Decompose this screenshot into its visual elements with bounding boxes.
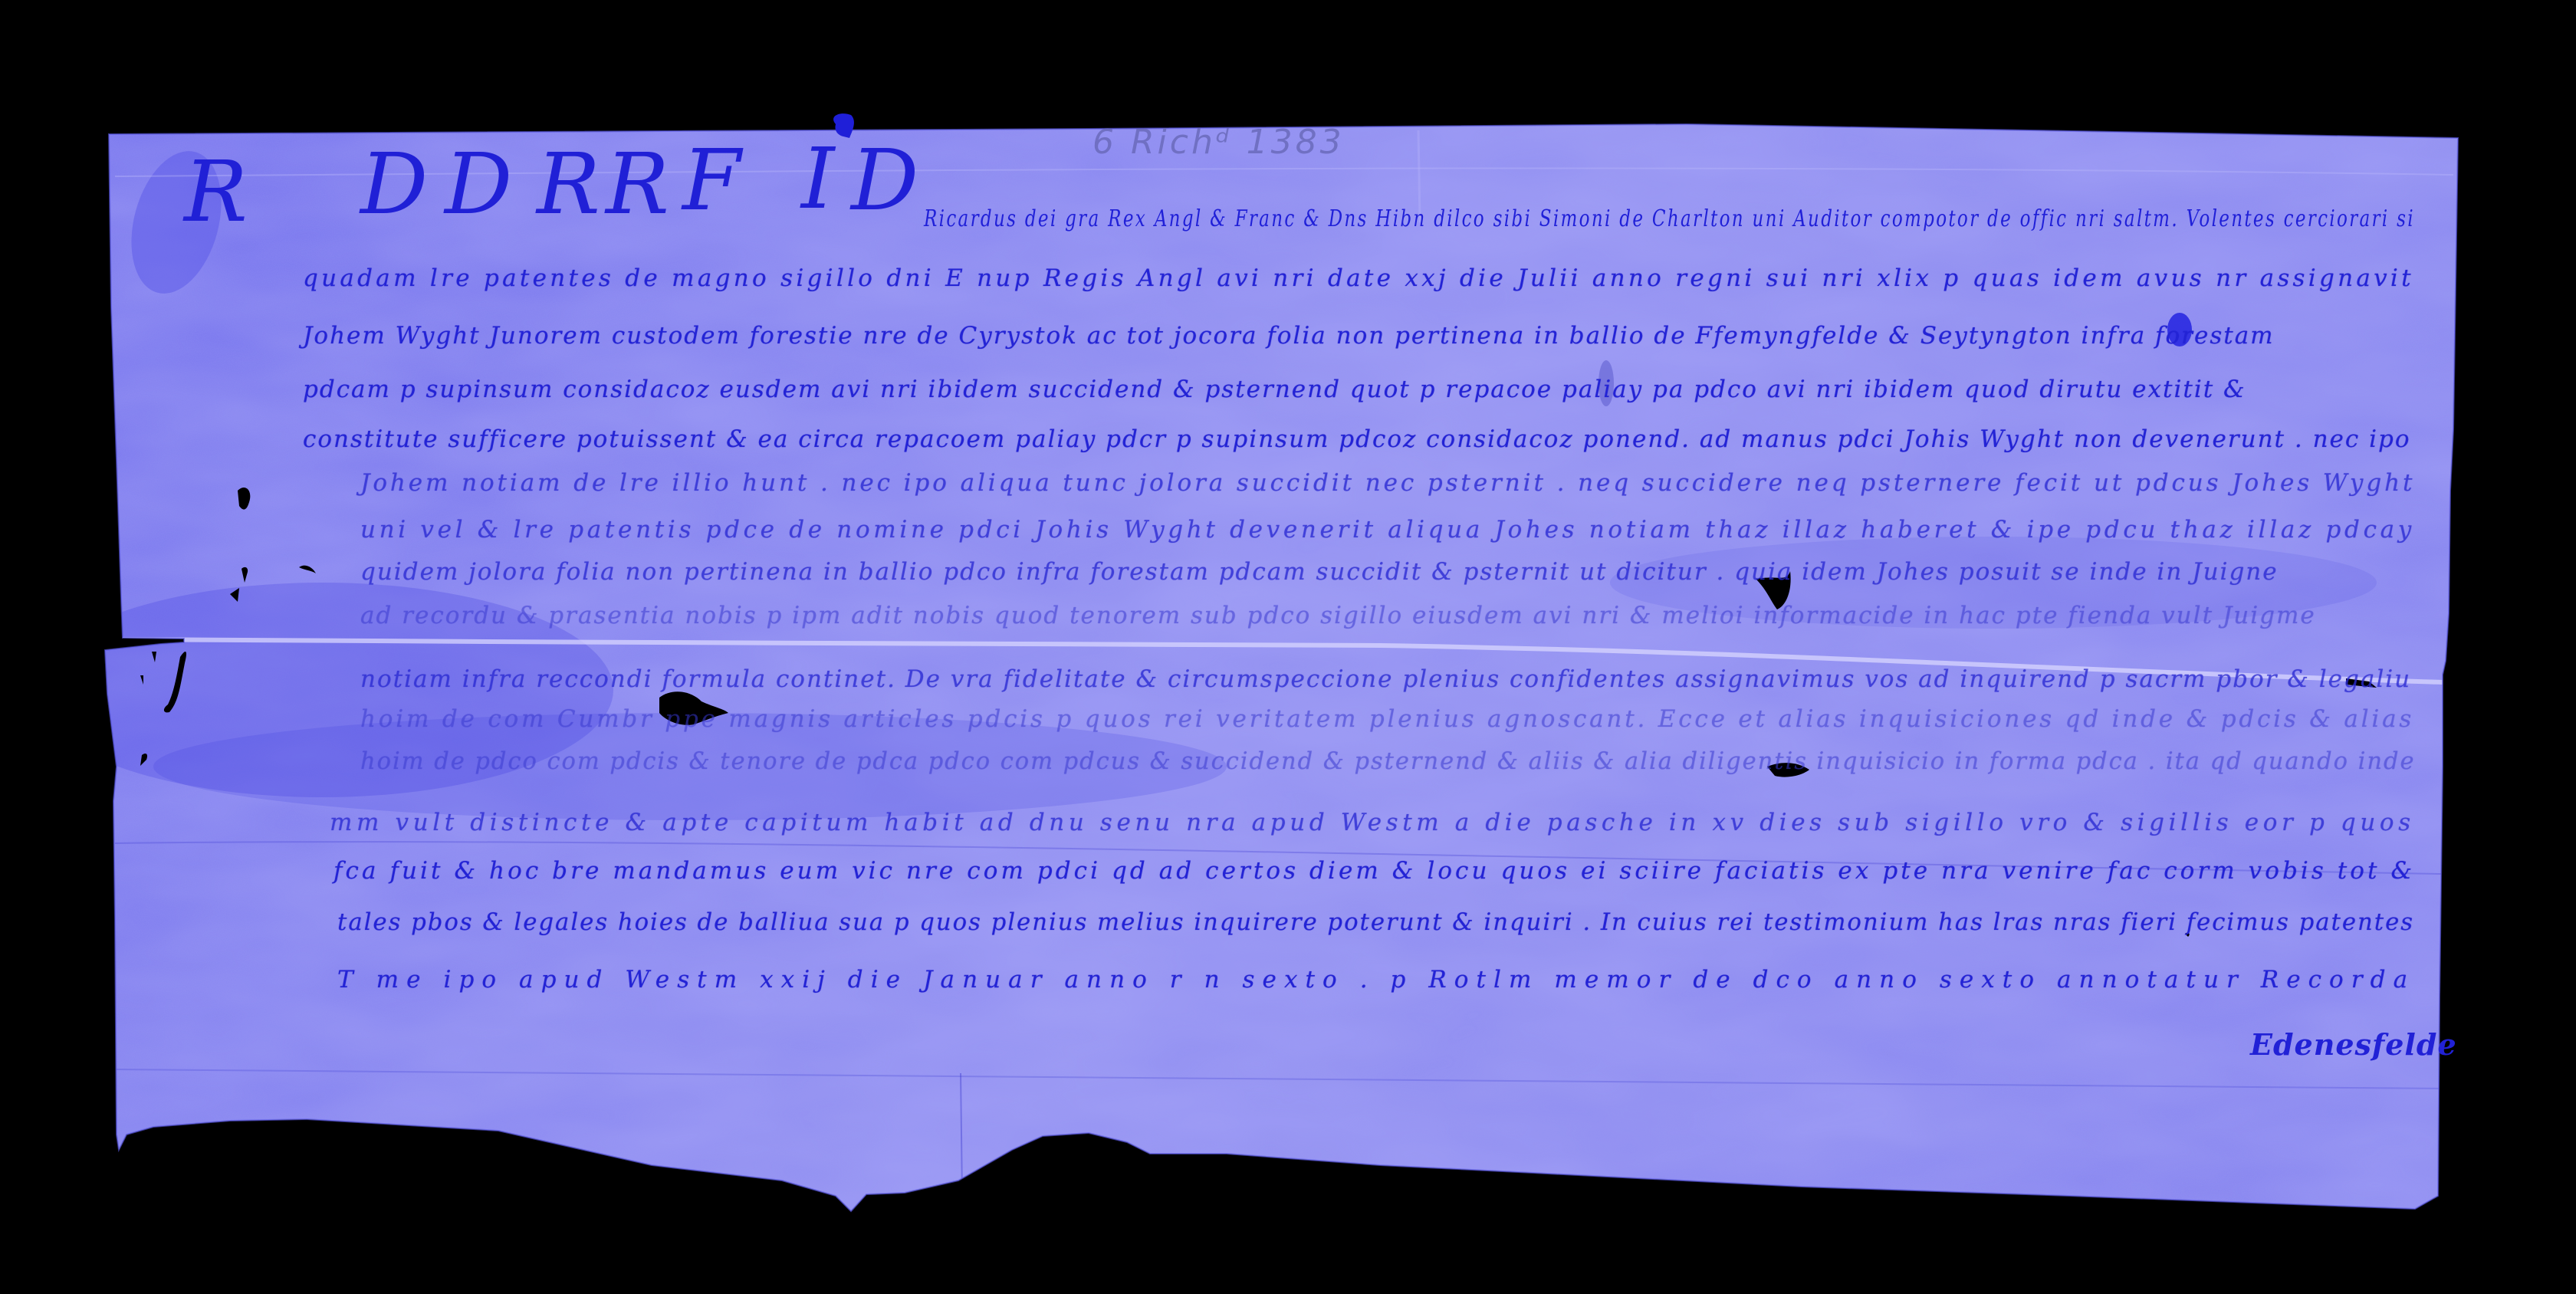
text-line-8: ad recordu & prasentia nobis p ipm adit … xyxy=(360,602,2316,629)
text-line-14: tales pbos & legales hoies de balliua su… xyxy=(337,908,2414,936)
archival-date-annotation: 6 Richᵈ 1383 xyxy=(1092,123,1345,162)
text-line-1: quadam lre patentes de magno sigillo dni… xyxy=(303,264,2414,292)
initial-letter: R xyxy=(184,149,248,234)
initial-letter: R xyxy=(606,142,669,226)
initial-letter: D xyxy=(360,142,428,226)
text-line-9: notiam infra reccondi formula continet. … xyxy=(360,665,2411,693)
text-line-6: uni vel & lre patentis pdce de nomine pd… xyxy=(360,516,2415,544)
initial-letter: R xyxy=(537,142,600,226)
text-line-13: fca fuit & hoc bre mandamus eum vic nre … xyxy=(333,857,2415,885)
text-line-7: quidem jolora folia non pertinena in bal… xyxy=(360,558,2279,586)
text-line-10: hoim de com Cumbr ppe magnis articles pd… xyxy=(360,705,2414,733)
text-line-11: hoim de pdco com pdcis & tenore de pdca … xyxy=(360,747,2415,775)
text-line-5: Johem notiam de lre illio hunt . nec ipo… xyxy=(360,469,2415,497)
opening-line: Ricardus dei gra Rex Angl & Franc & Dns … xyxy=(924,205,2415,232)
initial-letter: I xyxy=(801,136,834,221)
initial-letter: D xyxy=(445,142,512,226)
document-text-layer: 6 Richᵈ 1383 R D D R R F I D Ricardus de… xyxy=(0,0,2576,1294)
initial-letter: F xyxy=(682,138,741,222)
clerk-signature: Edenesfelde xyxy=(2250,1027,2457,1062)
text-line-4: constitute sufficere potuissent & ea cir… xyxy=(303,425,2411,453)
text-line-12: mm vult distincte & apte capitum habit a… xyxy=(330,809,2415,836)
initial-letter: D xyxy=(851,138,918,222)
text-line-2: Johem Wyght Junorem custodem forestie nr… xyxy=(303,322,2275,350)
text-line-15: T me ipo apud Westm xxij die Januar anno… xyxy=(337,966,2415,993)
text-line-3: pdcam p supinsum considacoz eusdem avi n… xyxy=(303,376,2246,403)
